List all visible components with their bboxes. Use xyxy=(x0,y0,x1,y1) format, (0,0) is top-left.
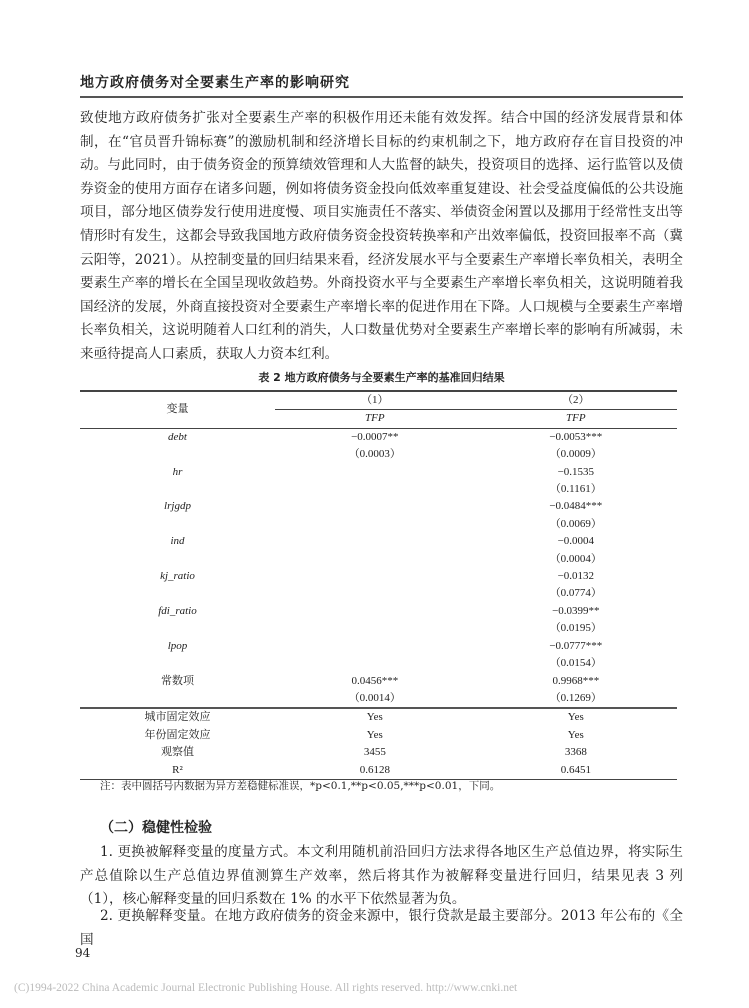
row-var xyxy=(80,690,275,708)
cell-c1 xyxy=(275,603,475,620)
row-var: lpop xyxy=(80,638,275,655)
cell-c2: （0.0069） xyxy=(475,516,677,533)
table-footer-row: 城市固定效应YesYes xyxy=(80,708,677,726)
cell-c2: −0.1535 xyxy=(475,464,677,481)
cell-c1: 3455 xyxy=(275,744,475,761)
table-row: debt−0.0007**−0.0053*** xyxy=(80,428,677,446)
row-var xyxy=(80,551,275,568)
page-number: 94 xyxy=(75,946,90,960)
cell-c1 xyxy=(275,464,475,481)
cell-c2: Yes xyxy=(475,708,677,726)
cell-c1 xyxy=(275,516,475,533)
row-var: kj_ratio xyxy=(80,568,275,585)
table-row: ind−0.0004 xyxy=(80,533,677,550)
cell-c1: Yes xyxy=(275,727,475,744)
cell-c1: （0.0014） xyxy=(275,690,475,708)
table-caption: 表 2 地方政府债务与全要素生产率的基准回归结果 xyxy=(80,369,683,385)
table-row: （0.0003）（0.0009） xyxy=(80,446,677,463)
cell-c1 xyxy=(275,620,475,637)
cell-c2: −0.0484*** xyxy=(475,498,677,515)
cell-c1: −0.0007** xyxy=(275,428,475,446)
section-heading: （二）稳健性检验 xyxy=(100,817,212,837)
row-var: debt xyxy=(80,428,275,446)
row-var: 城市固定效应 xyxy=(80,708,275,726)
table-row: hr−0.1535 xyxy=(80,464,677,481)
cell-c1 xyxy=(275,533,475,550)
cell-c2: −0.0053*** xyxy=(475,428,677,446)
table-row: lpop−0.0777*** xyxy=(80,638,677,655)
table-note: 注：表中圆括号内数据为异方差稳健标准误，*p<0.1,**p<0.05,***p… xyxy=(100,778,500,793)
table-row: （0.0154） xyxy=(80,655,677,672)
cell-c1 xyxy=(275,585,475,602)
cell-c2: （0.0195） xyxy=(475,620,677,637)
row-var: ind xyxy=(80,533,275,550)
cell-c1: 0.6128 xyxy=(275,762,475,780)
table-footer-row: R²0.61280.6451 xyxy=(80,762,677,780)
row-var xyxy=(80,446,275,463)
table-row: 常数项0.0456***0.9968*** xyxy=(80,673,677,690)
cell-c1 xyxy=(275,655,475,672)
paragraph-discussion: 致使地方政府债务扩张对全要素生产率的积极作用还未能有效发挥。结合中国的经济发展背… xyxy=(80,107,683,367)
cell-c2: −0.0399** xyxy=(475,603,677,620)
table-row: fdi_ratio−0.0399** xyxy=(80,603,677,620)
cell-c2: （0.0009） xyxy=(475,446,677,463)
row-var: hr xyxy=(80,464,275,481)
table-footer-row: 观察值34553368 xyxy=(80,744,677,761)
cell-c2: （0.1161） xyxy=(475,481,677,498)
cell-c2: 0.9968*** xyxy=(475,673,677,690)
cell-c2: （0.0774） xyxy=(475,585,677,602)
copyright-footer: (C)1994-2022 China Academic Journal Elec… xyxy=(14,982,517,994)
running-title: 地方政府债务对全要素生产率的影响研究 xyxy=(80,73,683,98)
cell-c2: Yes xyxy=(475,727,677,744)
table-row: （0.0004） xyxy=(80,551,677,568)
cell-c1: Yes xyxy=(275,708,475,726)
var-header: 变量 xyxy=(80,391,275,428)
cell-c2: −0.0132 xyxy=(475,568,677,585)
row-var xyxy=(80,481,275,498)
cell-c2: −0.0004 xyxy=(475,533,677,550)
row-var: 常数项 xyxy=(80,673,275,690)
col-2-number: （2） xyxy=(475,391,677,410)
cell-c2: 3368 xyxy=(475,744,677,761)
row-var xyxy=(80,620,275,637)
row-var: lrjgdp xyxy=(80,498,275,515)
row-var: 年份固定效应 xyxy=(80,727,275,744)
table-row: （0.1161） xyxy=(80,481,677,498)
cell-c2: 0.6451 xyxy=(475,762,677,780)
table-row: （0.0014）（0.1269） xyxy=(80,690,677,708)
row-var: 观察值 xyxy=(80,744,275,761)
cell-c1 xyxy=(275,551,475,568)
cell-c1 xyxy=(275,481,475,498)
table-footer-row: 年份固定效应YesYes xyxy=(80,727,677,744)
cell-c2: −0.0777*** xyxy=(475,638,677,655)
row-var xyxy=(80,655,275,672)
col-1-depvar: TFP xyxy=(275,410,475,428)
cell-c1 xyxy=(275,498,475,515)
table-row: （0.0195） xyxy=(80,620,677,637)
table-row: kj_ratio−0.0132 xyxy=(80,568,677,585)
col-2-depvar: TFP xyxy=(475,410,677,428)
row-var xyxy=(80,516,275,533)
paragraph-robustness-1: 1. 更换被解释变量的度量方式。本文利用随机前沿回归方法求得各地区生产总值边界，… xyxy=(80,841,683,912)
paragraph-robustness-2: 2. 更换解释变量。在地方政府债务的资金来源中，银行贷款是最主要部分。2013 … xyxy=(80,905,683,952)
cell-c2: （0.0154） xyxy=(475,655,677,672)
cell-c1: 0.0456*** xyxy=(275,673,475,690)
table-row: （0.0069） xyxy=(80,516,677,533)
col-1-number: （1） xyxy=(275,391,475,410)
cell-c1 xyxy=(275,638,475,655)
row-var: R² xyxy=(80,762,275,780)
cell-c2: （0.1269） xyxy=(475,690,677,708)
cell-c1 xyxy=(275,568,475,585)
regression-table: 变量 （1） （2） TFP TFP debt−0.0007**−0.0053*… xyxy=(80,390,677,780)
table-row: lrjgdp−0.0484*** xyxy=(80,498,677,515)
cell-c1: （0.0003） xyxy=(275,446,475,463)
row-var xyxy=(80,585,275,602)
table-row: （0.0774） xyxy=(80,585,677,602)
cell-c2: （0.0004） xyxy=(475,551,677,568)
row-var: fdi_ratio xyxy=(80,603,275,620)
